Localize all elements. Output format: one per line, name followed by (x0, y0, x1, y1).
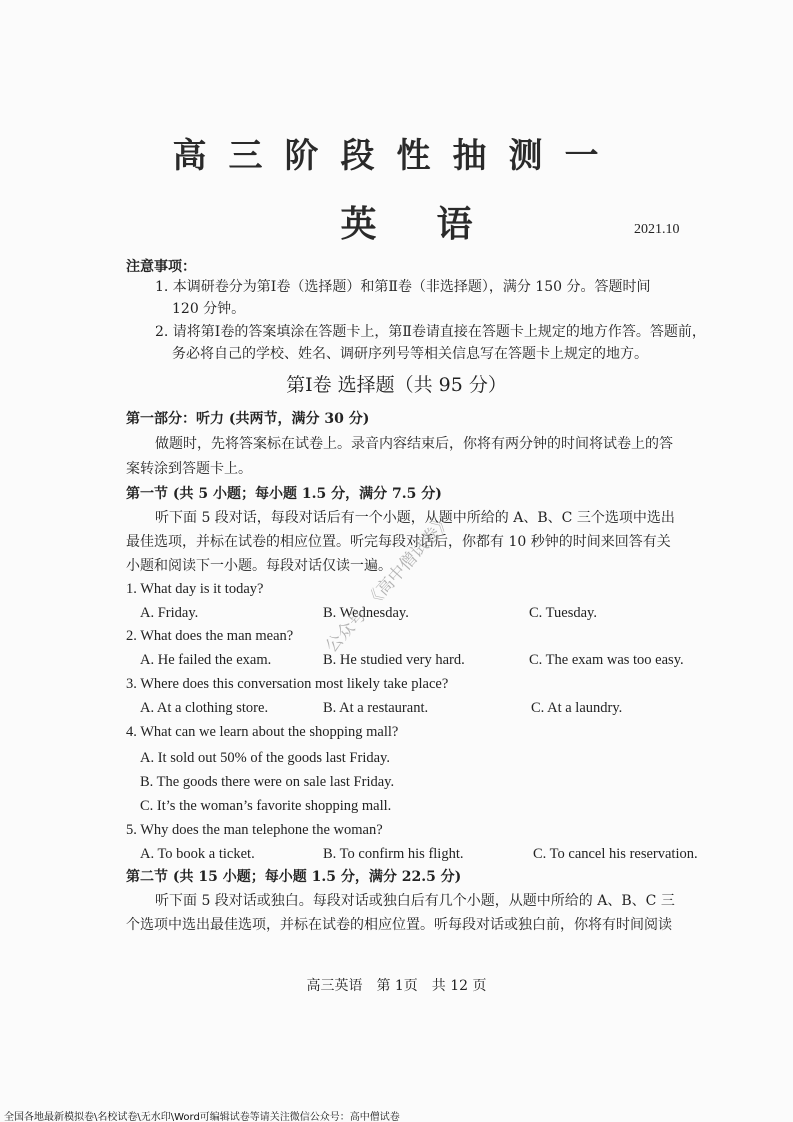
notice-item-1-line1: 1. 本调研卷分为第Ⅰ卷（选择题）和第Ⅱ卷（非选择题），满分 150 分。答题时… (155, 276, 650, 298)
part1-heading: 第一部分：听力 (共两节，满分 30 分) (126, 408, 369, 430)
section1-intro-line3: 小题和阅读下一小题。每段对话仅读一遍。 (126, 555, 392, 577)
question-4-option-a: A. It sold out 50% of the goods last Fri… (140, 747, 390, 769)
section2-intro-line1: 听下面 5 段对话或独白。每段对话或独白后有几个小题，从题中所给的 A、B、C … (155, 890, 675, 912)
question-2-option-b: B. He studied very hard. (323, 649, 465, 671)
question-4: 4. What can we learn about the shopping … (126, 721, 398, 743)
question-4-option-c: C. It’s the woman’s favorite shopping ma… (140, 795, 391, 817)
question-3-option-c: C. At a laundry. (531, 697, 622, 719)
section2-heading: 第二节 (共 15 小题；每小题 1.5 分，满分 22.5 分) (126, 866, 461, 888)
question-1-option-c: C. Tuesday. (529, 602, 597, 624)
question-5: 5. Why does the man telephone the woman? (126, 819, 383, 841)
bottom-note: 全国各地最新模拟卷\名校试卷\无水印\Word可编辑试卷等请关注微信公众号：高中… (4, 1108, 400, 1122)
question-5-option-b: B. To confirm his flight. (323, 843, 464, 865)
section2-intro-line2: 个选项中选出最佳选项，并标在试卷的相应位置。听每段对话或独白前，你将有时间阅读 (126, 914, 672, 936)
notice-item-2-line2: 务必将自己的学校、姓名、调研序列号等相关信息写在答题卡上规定的地方。 (172, 343, 648, 365)
volume-title: 第Ⅰ卷 选择题（共 95 分） (0, 370, 793, 397)
section1-heading: 第一节 (共 5 小题；每小题 1.5 分，满分 7.5 分) (126, 483, 442, 505)
notice-item-1-line2: 120 分钟。 (172, 298, 245, 320)
question-3-option-a: A. At a clothing store. (140, 697, 268, 719)
question-1: 1. What day is it today? (126, 578, 263, 600)
question-3-option-b: B. At a restaurant. (323, 697, 428, 719)
notice-item-2-line1: 2. 请将第Ⅰ卷的答案填涂在答题卡上，第Ⅱ卷请直接在答题卡上规定的地方作答。答题… (155, 321, 706, 343)
section1-intro-line1: 听下面 5 段对话，每段对话后有一个小题，从题中所给的 A、B、C 三个选项中选… (155, 507, 675, 529)
question-2-option-a: A. He failed the exam. (140, 649, 271, 671)
page-footer: 高三英语 第 1页 共 12 页 (0, 975, 793, 995)
question-4-option-b: B. The goods there were on sale last Fri… (140, 771, 394, 793)
watermark: 公众号：《高中僧试卷》 (318, 507, 456, 656)
part1-intro-line2: 案转涂到答题卡上。 (126, 458, 252, 480)
notice-heading: 注意事项： (126, 256, 196, 276)
exam-title: 高三阶段性抽测一 (0, 128, 793, 177)
question-1-option-a: A. Friday. (140, 602, 198, 624)
exam-date: 2021.10 (634, 222, 680, 238)
part1-intro-line1: 做题时，先将答案标在试卷上。录音内容结束后，你将有两分钟的时间将试卷上的答 (155, 433, 673, 455)
question-5-option-c: C. To cancel his reservation. (533, 843, 698, 865)
question-2: 2. What does the man mean? (126, 625, 293, 647)
question-3: 3. Where does this conversation most lik… (126, 673, 448, 695)
question-2-option-c: C. The exam was too easy. (529, 649, 684, 671)
question-5-option-a: A. To book a ticket. (140, 843, 255, 865)
